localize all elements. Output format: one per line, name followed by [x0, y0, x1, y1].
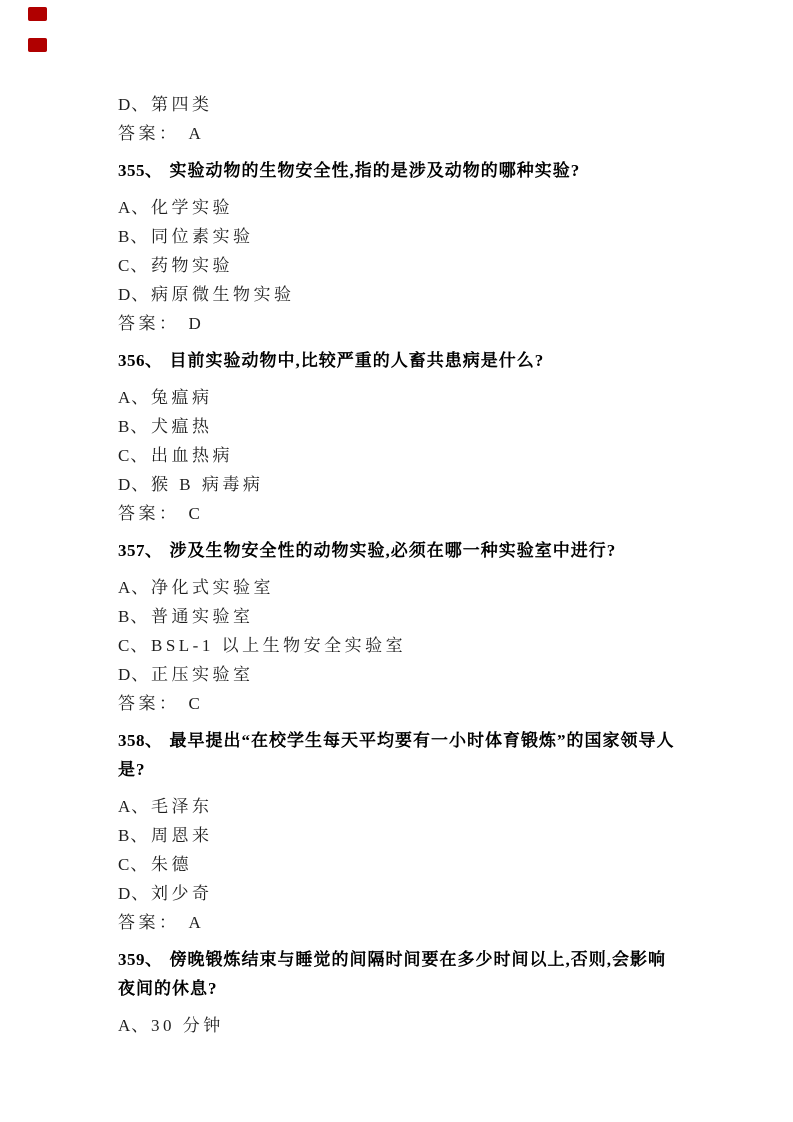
option-text: 猴 B 病毒病: [151, 475, 263, 494]
answer-value: C: [189, 694, 200, 713]
option-label: C、: [118, 441, 151, 470]
option-label: A、: [118, 193, 151, 222]
answer-value: A: [189, 124, 201, 143]
option-label: D、: [118, 660, 151, 689]
option-label: C、: [118, 850, 151, 879]
option-text: 病原微生物实验: [151, 285, 295, 304]
option-row: A、净化式实验室: [118, 573, 682, 602]
question-356: 356、目前实验动物中,比较严重的人畜共患病是什么? A、兔瘟病 B、犬瘟热 C…: [118, 346, 682, 528]
option-label: B、: [118, 602, 151, 631]
option-row: A、兔瘟病: [118, 383, 682, 412]
option-label: C、: [118, 631, 151, 660]
question-357: 357、涉及生物安全性的动物实验,必须在哪一种实验室中进行? A、净化式实验室 …: [118, 536, 682, 718]
red-mark-icon: [28, 7, 47, 21]
question-text: 最早提出“在校学生每天平均要有一小时体育锻炼”的国家领导人是?: [118, 731, 675, 779]
option-text: 净化式实验室: [151, 578, 274, 597]
option-label: D、: [118, 280, 151, 309]
question-text: 目前实验动物中,比较严重的人畜共患病是什么?: [170, 351, 545, 370]
answer-row: 答案：A: [118, 908, 682, 937]
option-text: 正压实验室: [151, 665, 254, 684]
answer-label: 答案：: [118, 314, 180, 333]
option-row: A、化学实验: [118, 193, 682, 222]
red-mark-icon: [28, 38, 47, 52]
option-row: D、第四类: [118, 90, 682, 119]
option-text: 毛泽东: [151, 797, 213, 816]
option-text: 刘少奇: [151, 884, 213, 903]
option-label: B、: [118, 222, 151, 251]
question-heading: 355、实验动物的生物安全性,指的是涉及动物的哪种实验?: [118, 156, 682, 185]
option-row: A、30 分钟: [118, 1011, 682, 1040]
option-row: C、朱德: [118, 850, 682, 879]
question-number: 357、: [118, 541, 163, 560]
option-label: A、: [118, 1011, 151, 1040]
option-row: C、BSL-1 以上生物安全实验室: [118, 631, 682, 660]
option-row: A、毛泽东: [118, 792, 682, 821]
option-label: A、: [118, 383, 151, 412]
option-label: B、: [118, 821, 151, 850]
option-text: 出血热病: [151, 446, 233, 465]
option-label: A、: [118, 573, 151, 602]
answer-label: 答案：: [118, 504, 180, 523]
option-label: A、: [118, 792, 151, 821]
answer-value: C: [189, 504, 200, 523]
answer-row: 答案：D: [118, 309, 682, 338]
question-354-tail: D、第四类 答案：A: [118, 90, 682, 148]
option-row: B、周恩来: [118, 821, 682, 850]
answer-row: 答案：C: [118, 689, 682, 718]
option-text: BSL-1 以上生物安全实验室: [151, 636, 406, 655]
quiz-content: D、第四类 答案：A 355、实验动物的生物安全性,指的是涉及动物的哪种实验? …: [118, 90, 682, 1040]
option-label: C、: [118, 251, 151, 280]
option-row: C、出血热病: [118, 441, 682, 470]
option-text: 第四类: [151, 95, 213, 114]
answer-row: 答案：A: [118, 119, 682, 148]
option-row: B、犬瘟热: [118, 412, 682, 441]
answer-label: 答案：: [118, 913, 180, 932]
question-heading: 359、傍晚锻炼结束与睡觉的间隔时间要在多少时间以上,否则,会影响夜间的休息?: [118, 945, 682, 1003]
option-text: 朱德: [151, 855, 192, 874]
question-number: 359、: [118, 950, 163, 969]
option-row: D、病原微生物实验: [118, 280, 682, 309]
answer-row: 答案：C: [118, 499, 682, 528]
answer-value: A: [189, 913, 201, 932]
question-heading: 358、最早提出“在校学生每天平均要有一小时体育锻炼”的国家领导人是?: [118, 726, 682, 784]
document-page: D、第四类 答案：A 355、实验动物的生物安全性,指的是涉及动物的哪种实验? …: [0, 0, 793, 1122]
option-row: D、猴 B 病毒病: [118, 470, 682, 499]
option-label: B、: [118, 412, 151, 441]
option-text: 同位素实验: [151, 227, 254, 246]
question-text: 涉及生物安全性的动物实验,必须在哪一种实验室中进行?: [170, 541, 617, 560]
answer-label: 答案：: [118, 694, 180, 713]
option-row: B、普通实验室: [118, 602, 682, 631]
question-text: 实验动物的生物安全性,指的是涉及动物的哪种实验?: [170, 161, 581, 180]
option-row: D、正压实验室: [118, 660, 682, 689]
option-row: D、刘少奇: [118, 879, 682, 908]
option-row: B、同位素实验: [118, 222, 682, 251]
option-label: D、: [118, 90, 151, 119]
option-text: 普通实验室: [151, 607, 254, 626]
option-text: 药物实验: [151, 256, 233, 275]
option-text: 30 分钟: [151, 1016, 224, 1035]
option-label: D、: [118, 879, 151, 908]
question-number: 356、: [118, 351, 163, 370]
question-number: 358、: [118, 731, 163, 750]
question-359: 359、傍晚锻炼结束与睡觉的间隔时间要在多少时间以上,否则,会影响夜间的休息? …: [118, 945, 682, 1040]
answer-value: D: [189, 314, 201, 333]
option-label: D、: [118, 470, 151, 499]
question-heading: 357、涉及生物安全性的动物实验,必须在哪一种实验室中进行?: [118, 536, 682, 565]
option-text: 犬瘟热: [151, 417, 213, 436]
answer-label: 答案：: [118, 124, 180, 143]
option-text: 兔瘟病: [151, 388, 213, 407]
question-heading: 356、目前实验动物中,比较严重的人畜共患病是什么?: [118, 346, 682, 375]
question-358: 358、最早提出“在校学生每天平均要有一小时体育锻炼”的国家领导人是? A、毛泽…: [118, 726, 682, 937]
question-text: 傍晚锻炼结束与睡觉的间隔时间要在多少时间以上,否则,会影响夜间的休息?: [118, 950, 666, 998]
question-number: 355、: [118, 161, 163, 180]
option-text: 化学实验: [151, 198, 233, 217]
question-355: 355、实验动物的生物安全性,指的是涉及动物的哪种实验? A、化学实验 B、同位…: [118, 156, 682, 338]
option-text: 周恩来: [151, 826, 213, 845]
option-row: C、药物实验: [118, 251, 682, 280]
